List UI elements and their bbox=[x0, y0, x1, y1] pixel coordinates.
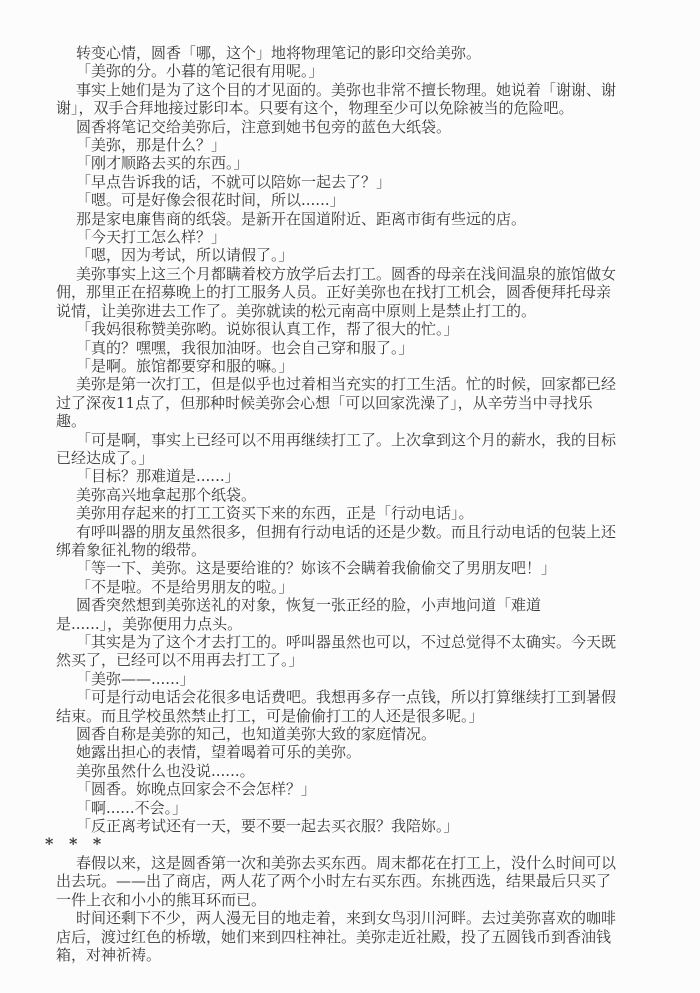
paragraph: 圆香自称是美弥的知己，也知道美弥大致的家庭情况。 bbox=[56, 725, 661, 743]
paragraph: 美弥虽然什么也没说......。 bbox=[56, 762, 661, 780]
paragraph: 「反正离考试还有一天，要不要一起去买衣服？我陪妳。」 bbox=[56, 817, 661, 835]
novel-page: 转变心情，圆香「哪，这个」地将物理笔记的影印交给美弥。「美弥的分。小暮的笔记很有… bbox=[0, 0, 700, 993]
paragraph: 「等一下、美弥。这是要给谁的？妳该不会瞒着我偷偷交了男朋友吧！」 bbox=[56, 559, 661, 577]
paragraph: 「早点告诉我的话，不就可以陪妳一起去了？」 bbox=[56, 173, 661, 191]
paragraph: 美弥用存起来的打工工资买下来的东西，正是「行动电话」。 bbox=[56, 504, 661, 522]
paragraph: 「我妈很称赞美弥哟。说妳很认真工作，帮了很大的忙。」 bbox=[56, 320, 661, 338]
paragraph: 「其实是为了这个才去打工的。呼叫器虽然也可以，不过总觉得不太确实。今天既 然买了… bbox=[56, 633, 661, 670]
paragraph: 时间还剩下不少，两人漫无目的地走着，来到女鸟羽川河畔。去过美弥喜欢的咖啡 店后，… bbox=[56, 909, 661, 964]
paragraph: 「啊......不会。」 bbox=[56, 799, 661, 817]
paragraph: 美弥事实上这三个月都瞒着校方放学后去打工。圆香的母亲在浅间温泉的旅馆做女 佣，那… bbox=[56, 265, 661, 320]
paragraph: 春假以来，这是圆香第一次和美弥去买东西。周末都花在打工上，没什么时间可以 出去玩… bbox=[56, 854, 661, 909]
paragraph: 美弥是第一次打工，但是似乎也过着相当充实的打工生活。忙的时候，回家都已经 过了深… bbox=[56, 375, 661, 430]
paragraph: 「真的？嘿嘿，我很加油呀。也会自己穿和服了。」 bbox=[56, 339, 661, 357]
paragraph: 「美弥——......」 bbox=[56, 670, 661, 688]
paragraph: 「可是行动电话会花很多电话费吧。我想再多存一点钱，所以打算继续打工到暑假 结束。… bbox=[56, 688, 661, 725]
paragraph: 「目标？那难道是......」 bbox=[56, 467, 661, 485]
paragraph: 圆香将笔记交给美弥后，注意到她书包旁的蓝色大纸袋。 bbox=[56, 118, 661, 136]
paragraph: 事实上她们是为了这个目的才见面的。美弥也非常不擅长物理。她说着「谢谢、谢 谢」，… bbox=[56, 81, 661, 118]
paragraph: 「刚才顺路去买的东西。」 bbox=[56, 154, 661, 172]
paragraph: 转变心情，圆香「哪，这个」地将物理笔记的影印交给美弥。 bbox=[56, 44, 661, 62]
paragraph: 圆香突然想到美弥送礼的对象，恢复一张正经的脸，小声地问道「难道 是......」… bbox=[56, 596, 661, 633]
paragraph: 「是啊。旅馆都要穿和服的嘛。」 bbox=[56, 357, 661, 375]
paragraph: 「可是啊，事实上已经可以不用再继续打工了。上次拿到这个月的薪水，我的目标 已经达… bbox=[56, 431, 661, 468]
text-column: 转变心情，圆香「哪，这个」地将物理笔记的影印交给美弥。「美弥的分。小暮的笔记很有… bbox=[56, 44, 661, 964]
paragraph: 「今天打工怎么样？」 bbox=[56, 228, 661, 246]
paragraph: 有呼叫器的朋友虽然很多，但拥有行动电话的还是少数。而且行动电话的包装上还 绑着象… bbox=[56, 523, 661, 560]
paragraph: 她露出担心的表情，望着喝着可乐的美弥。 bbox=[56, 743, 661, 761]
paragraph: 「嗯，因为考试，所以请假了。」 bbox=[56, 246, 661, 264]
paragraph: 那是家电廉售商的纸袋。是新开在国道附近、距离市街有些远的店。 bbox=[56, 210, 661, 228]
paragraph: 「嗯。可是好像会很花时间，所以......」 bbox=[56, 191, 661, 209]
paragraph: 「美弥的分。小暮的笔记很有用呢。」 bbox=[56, 62, 661, 80]
paragraph: 「圆香。妳晚点回家会不会怎样？」 bbox=[56, 780, 661, 798]
paragraph: 「不是啦。不是给男朋友的啦。」 bbox=[56, 578, 661, 596]
scene-separator: * * * bbox=[45, 835, 661, 853]
paragraph: 「美弥，那是什么？」 bbox=[56, 136, 661, 154]
paragraph: 美弥高兴地拿起那个纸袋。 bbox=[56, 486, 661, 504]
